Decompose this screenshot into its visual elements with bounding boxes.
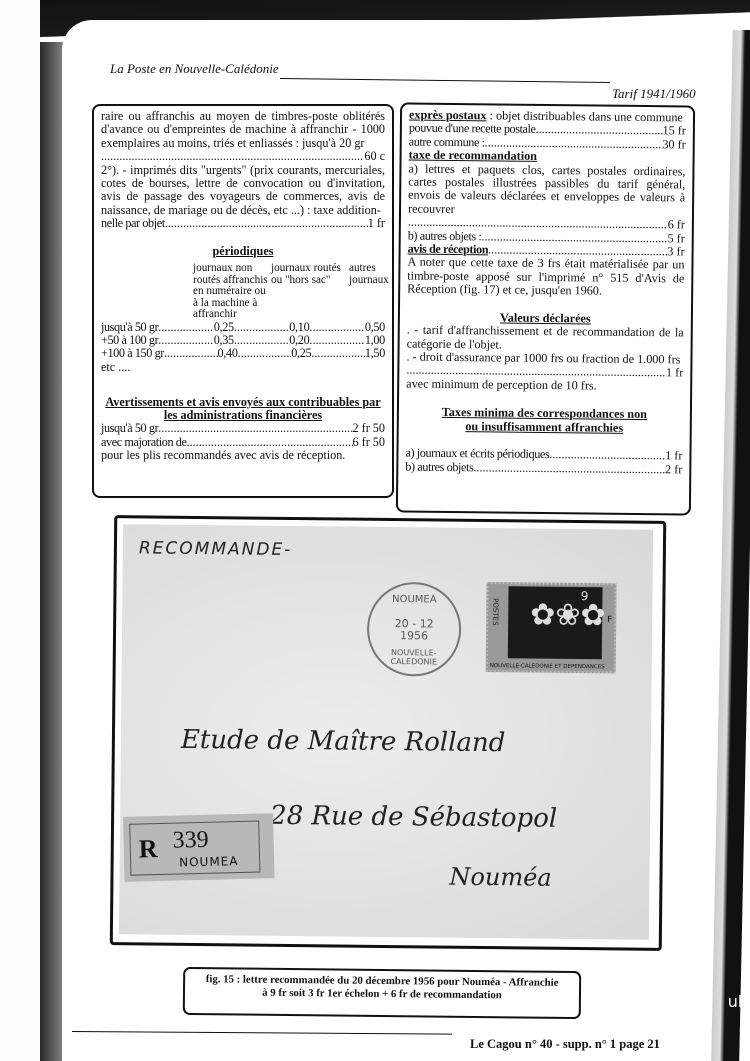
address-line-1: Etude de Maître Rolland (181, 725, 506, 758)
column-header: autres journaux (349, 263, 399, 321)
avertissements-title: Avertissements et avis envoyés aux contr… (101, 396, 385, 422)
row-value: 15 fr (662, 125, 685, 139)
postage-stamp: POSTES ✿❀✿ 9 F NOUVELLE-CALEDONIE ET DEP… (486, 582, 617, 673)
registration-city: NOUMEA (179, 854, 239, 869)
intro-paragraph: raire ou affranchis au moyen de timbres-… (101, 110, 385, 150)
rate-value: 0,20 (289, 334, 309, 347)
registration-number: 339 (172, 827, 209, 855)
urgent-rate-line: nelle par objet 1 fr (101, 217, 385, 230)
row-value: 6 fr (668, 219, 685, 233)
periodiques-rate-row: +100 à 150 gr0,400,251,50 (101, 347, 385, 360)
rate-value: 0,10 (289, 321, 309, 334)
rate-value: 0,50 (365, 321, 385, 334)
envelope-figure: RECOMMANDE- NOUMEA 20 - 12 1956 NOUVELLE… (110, 515, 666, 951)
avertissements-row: avec majoration de 6 fr 50 (101, 436, 385, 449)
leader-dots (101, 150, 364, 163)
row-label: jusqu'à 50 gr (101, 422, 158, 435)
registration-letter: R (138, 834, 158, 864)
postmark-country: NOUVELLE-CALEDONIE (369, 648, 459, 667)
left-tariff-box: raire ou affranchis au moyen de timbres-… (92, 104, 394, 498)
handwritten-recommande: RECOMMANDE- (139, 538, 293, 560)
rate-value: 1,50 (365, 347, 385, 360)
leader-dots (158, 422, 352, 435)
rate-value: 0,40 (218, 347, 238, 360)
row-label: b) autres objets (405, 460, 473, 474)
rate-value: 0,25 (214, 321, 234, 334)
periodiques-rate-row: jusqu'à 50 gr0,250,100,50 (101, 321, 385, 334)
recommandation-a-text: a) lettres et paquets clos, cartes posta… (408, 162, 686, 219)
avertissements-row: jusqu'à 50 gr 2 fr 50 (101, 422, 385, 435)
leader-dots (311, 347, 365, 360)
rate-value: 1,00 (365, 334, 385, 347)
urgent-rate-label: nelle par objet (101, 217, 165, 230)
intro-rate-value: 60 c (364, 150, 385, 163)
valeurs-item: . - tarif d'affranchissement et de recom… (407, 324, 684, 354)
row-label: +100 à 150 gr (101, 347, 164, 360)
registration-label-frame: R 339 NOUMEA (129, 821, 260, 876)
rate-value: 0,25 (291, 347, 311, 360)
column-header: journaux routés ou "hors sac" (271, 263, 349, 321)
leader-dots (309, 321, 364, 334)
address-line-2: 28 Rue de Sébastopol (270, 801, 557, 834)
row-value: 2 fr (665, 463, 682, 477)
urgent-rate-value: 1 fr (368, 217, 385, 230)
periodiques-title: périodiques (101, 245, 385, 258)
row-value: 6 fr 50 (353, 436, 386, 449)
intro-rate-line: 60 c (101, 150, 385, 163)
row-value: 30 fr (662, 138, 685, 152)
leader-dots (238, 347, 292, 360)
avis-reception-note: A noter que cette taxe de 3 frs était ma… (407, 256, 684, 299)
leader-dots (165, 217, 368, 230)
right-tariff-box: exprès postaux : objet distribuables dan… (396, 102, 695, 515)
leader-dots (158, 334, 213, 347)
stamp-country: NOUVELLE-CALEDONIE ET DEPENDANCES (490, 663, 612, 670)
periodiques-rate-table: jusqu'à 50 gr0,250,100,50+50 à 100 gr0,3… (101, 321, 385, 361)
periodiques-column-headers: journaux non routés affranchis en numéra… (101, 263, 385, 321)
postmark-date: 20 - 12 1956 (369, 618, 459, 643)
column-spacer (101, 263, 193, 321)
stamp-postes-text: POSTES (491, 598, 499, 625)
running-head-right: Tarif 1941/1960 (612, 86, 696, 102)
leader-dots (549, 448, 665, 463)
address-line-3: Nouméa (449, 863, 551, 892)
leader-dots (234, 334, 289, 347)
rate-value: 0,35 (214, 334, 234, 347)
row-label: +50 à 100 gr (101, 334, 158, 347)
taxes-minima-title-line2: ou insuffisamment affranchies (406, 419, 683, 436)
leader-dots (309, 334, 364, 347)
taxes-minima-row: b) autres objets 2 fr (405, 460, 682, 476)
leader-dots (158, 321, 213, 334)
registration-label: R 339 NOUMEA (123, 813, 275, 882)
row-label: avec majoration de (101, 436, 187, 449)
stamp-value: 9 (581, 589, 589, 603)
avertissements-note: pour les plis recommandés avec avis de r… (101, 449, 385, 462)
row-value: 1 fr (665, 449, 682, 463)
urgent-paragraph: 2°). - imprimés dits "urgents" (prix cou… (101, 164, 385, 218)
running-head-left: La Poste en Nouvelle-Calédonie (110, 61, 279, 77)
edge-text: ub (728, 992, 748, 1011)
periodiques-etc: etc .... (101, 361, 385, 374)
figure-caption: fig. 15 : lettre recommandée du 20 décem… (183, 967, 581, 1019)
periodiques-rate-row: +50 à 100 gr0,350,201,00 (101, 334, 385, 347)
leader-dots (536, 123, 663, 138)
footer-page-reference: Le Cagou n° 40 - supp. n° 1 page 21 (470, 1037, 660, 1052)
postmark-city: NOUMEA (369, 594, 459, 606)
leader-dots (234, 321, 289, 334)
row-value: 2 fr 50 (353, 422, 386, 435)
leader-dots (164, 347, 218, 360)
envelope-photo: RECOMMANDE- NOUMEA 20 - 12 1956 NOUVELLE… (119, 524, 653, 940)
leader-dots (473, 461, 665, 476)
scan-right-edge (711, 30, 750, 1061)
flower-icon: ✿❀✿ (530, 600, 606, 631)
taxes-minima-title: Taxes minima des correspondances non ou … (406, 405, 683, 436)
row-value: 1 fr (666, 367, 683, 381)
postmark-icon: NOUMEA 20 - 12 1956 NOUVELLE-CALEDONIE (367, 582, 462, 677)
stamp-currency: F (607, 615, 612, 625)
column-header: journaux non routés affranchis en numéra… (193, 263, 271, 321)
leader-dots (187, 436, 353, 449)
row-label: jusqu'à 50 gr (101, 321, 158, 334)
stamp-image: ✿❀✿ 9 (508, 586, 603, 659)
